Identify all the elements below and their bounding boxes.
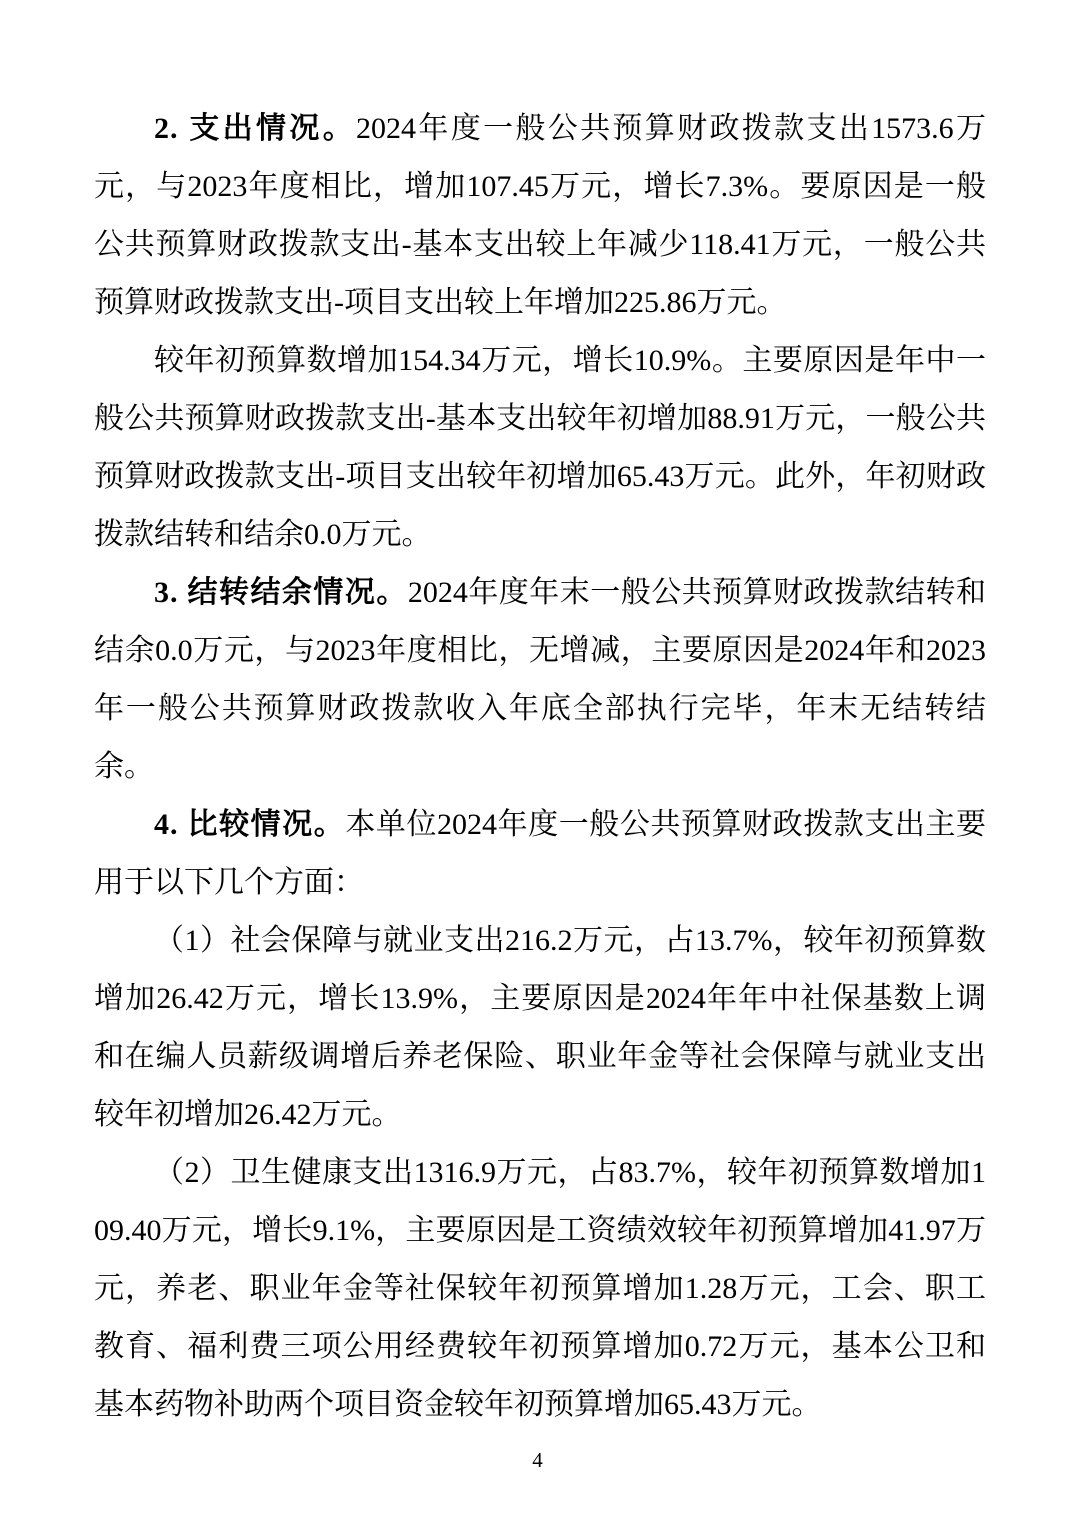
paragraph-body: 较年初预算数增加154.34万元，增长10.9%。主要原因是年中一般公共预算财政… <box>94 344 986 551</box>
paragraph-lead: 4. 比较情况。 <box>154 808 345 841</box>
paragraph-carryover-balance: 3. 结转结余情况。2024年度年末一般公共预算财政拨款结转和结余0.0万元，与… <box>94 564 986 796</box>
document-page: 2. 支出情况。2024年度一般公共预算财政拨款支出1573.6万元，与2023… <box>0 0 1075 1520</box>
paragraph-comparison-intro: 4. 比较情况。本单位2024年度一般公共预算财政拨款支出主要用于以下几个方面： <box>94 796 986 912</box>
paragraph-lead: 3. 结转结余情况。 <box>154 576 408 609</box>
paragraph-item-1-social-security: （1）社会保障与就业支出216.2万元，占13.7%，较年初预算数增加26.42… <box>94 912 986 1144</box>
paragraph-budget-comparison: 较年初预算数增加154.34万元，增长10.9%。主要原因是年中一般公共预算财政… <box>94 332 986 564</box>
paragraph-body: （1）社会保障与就业支出216.2万元，占13.7%，较年初预算数增加26.42… <box>94 924 986 1131</box>
paragraph-lead: 2. 支出情况。 <box>154 112 356 145</box>
paragraph-item-2-health: （2）卫生健康支出1316.9万元，占83.7%，较年初预算数增加109.40万… <box>94 1144 986 1434</box>
page-number: 4 <box>0 1448 1075 1472</box>
paragraph-body: （2）卫生健康支出1316.9万元，占83.7%，较年初预算数增加109.40万… <box>94 1156 986 1421</box>
paragraph-expenditure-overview: 2. 支出情况。2024年度一般公共预算财政拨款支出1573.6万元，与2023… <box>94 100 986 332</box>
document-body: 2. 支出情况。2024年度一般公共预算财政拨款支出1573.6万元，与2023… <box>94 100 986 1434</box>
